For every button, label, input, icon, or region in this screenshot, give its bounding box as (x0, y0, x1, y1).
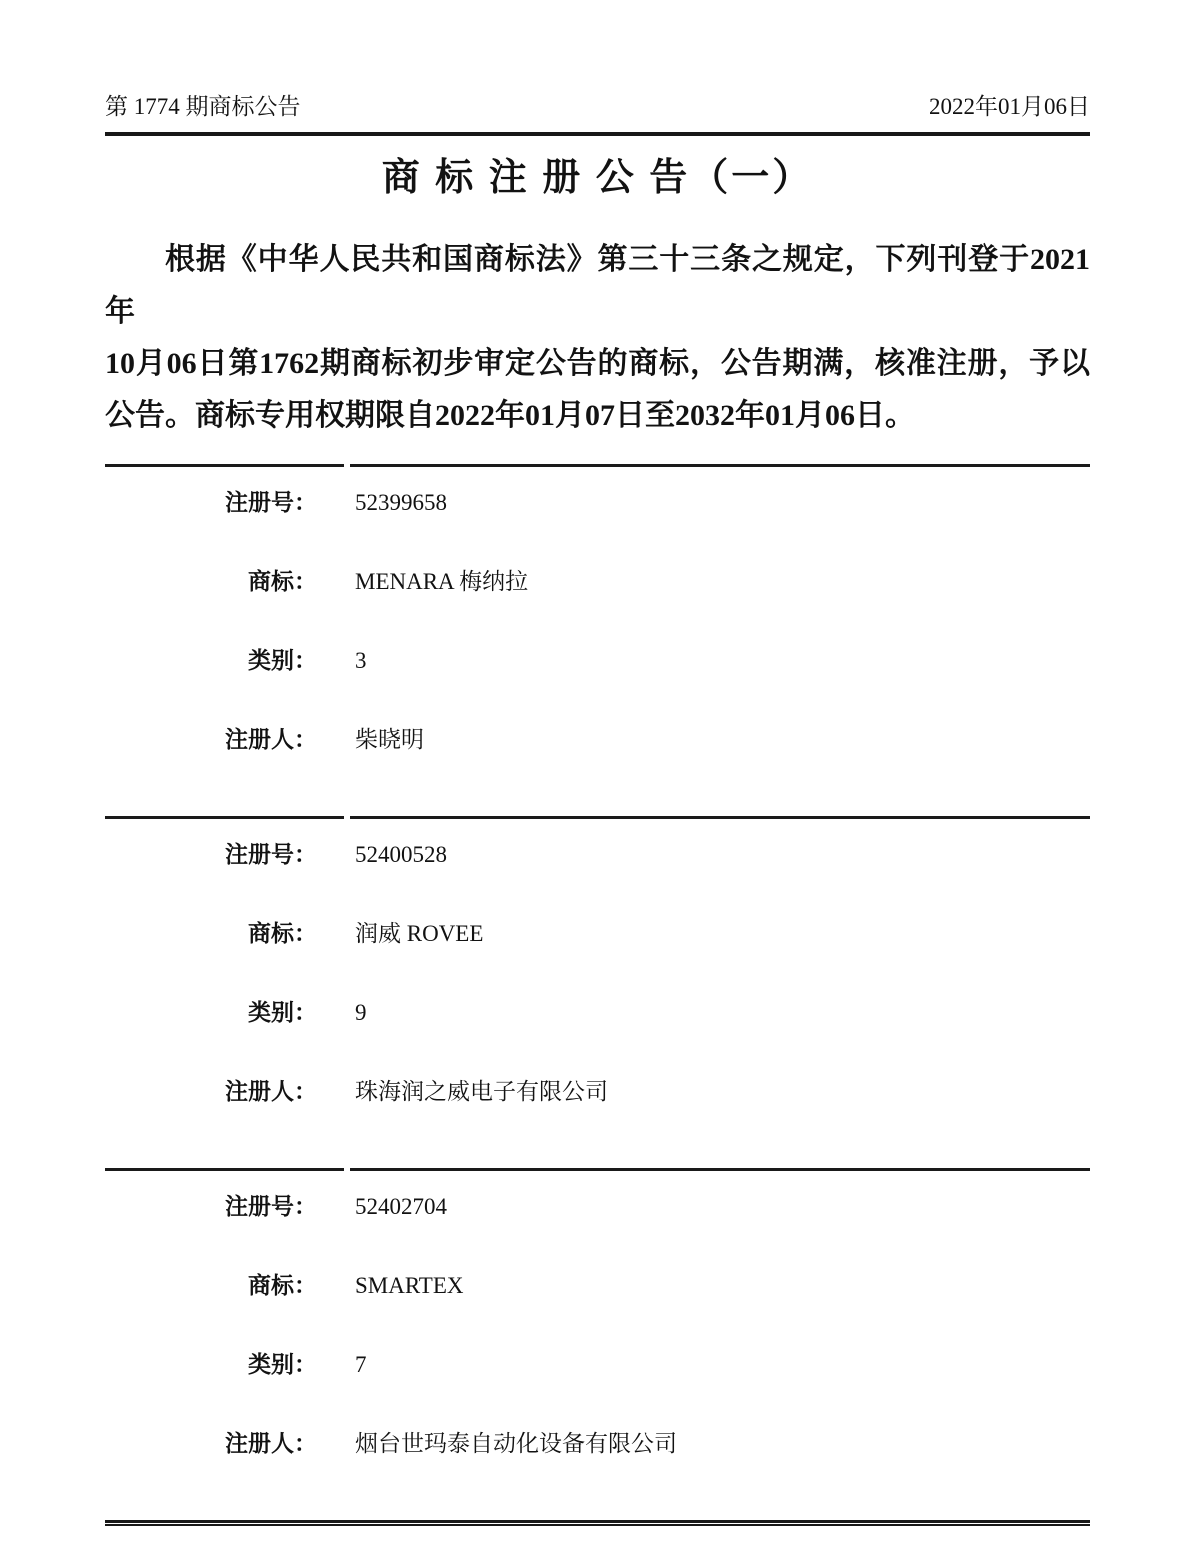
regno-label: 注册号： (105, 487, 317, 518)
field-row-registrant: 注册人： 珠海润之威电子有限公司 (105, 1056, 1090, 1135)
entry-separator (105, 1168, 1090, 1171)
intro-line-3: 公告。商标专用权期限自2022年01月07日至2032年01月06日。 (105, 390, 1090, 442)
field-row-trademark: 商标： SMARTEX (105, 1250, 1090, 1329)
issue-number: 第 1774 期商标公告 (105, 92, 301, 122)
category-value: 9 (317, 997, 367, 1028)
intro-line-2: 10月06日第1762期商标初步审定公告的商标，公告期满，核准注册，予以 (105, 338, 1090, 390)
field-row-regno: 注册号： 52400528 (105, 819, 1090, 898)
registrant-value: 烟台世玛泰自动化设备有限公司 (317, 1428, 677, 1459)
registrant-value: 珠海润之威电子有限公司 (317, 1076, 608, 1107)
header-divider (105, 132, 1090, 136)
trademark-entry-2: 注册号： 52400528 商标： 润威 ROVEE 类别： 9 注册人： 珠海… (105, 816, 1090, 1168)
regno-label: 注册号： (105, 839, 317, 870)
field-row-category: 类别： 3 (105, 625, 1090, 704)
entry-separator (105, 816, 1090, 819)
page-title: 商 标 注 册 公 告（一） (105, 152, 1090, 204)
field-row-regno: 注册号： 52399658 (105, 467, 1090, 546)
trademark-entry-3: 注册号： 52402704 商标： SMARTEX 类别： 7 注册人： 烟台世… (105, 1168, 1090, 1520)
entry-separator (105, 464, 1090, 467)
trademark-value: 润威 ROVEE (317, 918, 483, 949)
intro-line-1: 根据《中华人民共和国商标法》第三十三条之规定，下列刊登于2021年 (105, 234, 1090, 338)
category-label: 类别： (105, 1349, 317, 1380)
field-row-registrant: 注册人： 柴晓明 (105, 704, 1090, 783)
category-value: 3 (317, 645, 367, 676)
trademark-entry-1: 注册号： 52399658 商标： MENARA 梅纳拉 类别： 3 注册人： … (105, 464, 1090, 816)
registrant-label: 注册人： (105, 724, 317, 755)
trademark-label: 商标： (105, 1270, 317, 1301)
regno-label: 注册号： (105, 1191, 317, 1222)
separator-notch (342, 464, 350, 467)
page-header: 第 1774 期商标公告 2022年01月06日 (105, 92, 1090, 122)
document-page: 第 1774 期商标公告 2022年01月06日 商 标 注 册 公 告（一） … (0, 0, 1190, 1564)
category-label: 类别： (105, 997, 317, 1028)
field-row-category: 类别： 9 (105, 977, 1090, 1056)
entry-list: 注册号： 52399658 商标： MENARA 梅纳拉 类别： 3 注册人： … (105, 464, 1090, 1526)
trademark-value: MENARA 梅纳拉 (317, 566, 528, 597)
category-value: 7 (317, 1349, 367, 1380)
regno-value: 52399658 (317, 487, 447, 518)
field-row-regno: 注册号： 52402704 (105, 1171, 1090, 1250)
bottom-divider (105, 1520, 1090, 1526)
field-row-category: 类别： 7 (105, 1329, 1090, 1408)
publication-date: 2022年01月06日 (929, 92, 1090, 122)
trademark-value: SMARTEX (317, 1270, 464, 1301)
regno-value: 52400528 (317, 839, 447, 870)
registrant-label: 注册人： (105, 1076, 317, 1107)
registrant-value: 柴晓明 (317, 724, 424, 755)
separator-notch (342, 816, 350, 819)
registrant-label: 注册人： (105, 1428, 317, 1459)
intro-paragraph: 根据《中华人民共和国商标法》第三十三条之规定，下列刊登于2021年 10月06日… (105, 234, 1090, 442)
trademark-label: 商标： (105, 566, 317, 597)
separator-notch (342, 1168, 350, 1171)
category-label: 类别： (105, 645, 317, 676)
field-row-registrant: 注册人： 烟台世玛泰自动化设备有限公司 (105, 1408, 1090, 1487)
regno-value: 52402704 (317, 1191, 447, 1222)
field-row-trademark: 商标： 润威 ROVEE (105, 898, 1090, 977)
trademark-label: 商标： (105, 918, 317, 949)
field-row-trademark: 商标： MENARA 梅纳拉 (105, 546, 1090, 625)
document-body: { "colors": { "background": "#ffffff", "… (0, 0, 1190, 1564)
